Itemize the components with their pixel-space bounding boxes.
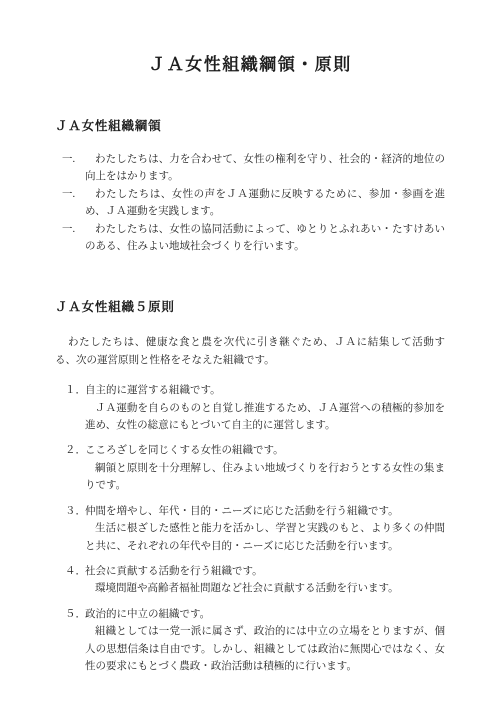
principle-item: ２．こころざしを同じくする女性の組織です。 綱領と原則を十分理解し、住みよい地域… [85, 442, 445, 494]
document-page: ＪＡ女性組織綱領・原則 ＪＡ女性組織綱領 一.わたしたちは、力を合わせて、女性の… [0, 0, 500, 708]
principle-marker: ５． [65, 606, 85, 623]
creed-item: 一.わたしたちは、力を合わせて、女性の権利を守り、社会的・経済的地位の向上をはか… [85, 151, 445, 186]
principle-body: 組織としては一党一派に属さず、政治的には中立の立場をとりますが、個人の思想信条は… [85, 623, 445, 675]
creed-heading: ＪＡ女性組織綱領 [55, 118, 445, 135]
page-title: ＪＡ女性組織綱領・原則 [0, 0, 500, 78]
creed-item-marker: 一. [62, 221, 85, 238]
principle-title: １．自主的に運営する組織です。 [85, 382, 445, 399]
principle-list: １．自主的に運営する組織です。 ＪＡ運動を自らのものと自覚し推進するため、ＪＡ運… [0, 382, 500, 675]
principle-title-text: 政治的に中立の組織です。 [85, 609, 210, 620]
creed-item-marker: 一. [62, 186, 85, 203]
creed-list: 一.わたしたちは、力を合わせて、女性の権利を守り、社会的・経済的地位の向上をはか… [0, 151, 500, 255]
principle-marker: ２． [65, 442, 85, 459]
principle-item: ３．仲間を増やし、年代・目的・ニーズに応じた活動を行う組織です。 生活に根ざした… [85, 503, 445, 555]
creed-item-marker: 一. [62, 151, 85, 168]
principles-section: ＪＡ女性組織５原則 わたしたちは、健康な食と農を次代に引き継ぐため、ＪＡに結集し… [0, 299, 500, 675]
principle-title-text: 社会に貢献する活動を行う組織です。 [85, 566, 263, 577]
creed-item-text: わたしたちは、女性の声をＪＡ運動に反映するために、参加・参画を進め、ＪＡ運動を実… [85, 189, 445, 217]
principle-item: ５．政治的に中立の組織です。 組織としては一党一派に属さず、政治的には中立の立場… [85, 606, 445, 676]
principle-body: ＪＡ運動を自らのものと自覚し推進するため、ＪＡ運営への積極的参加を進め、女性の総… [85, 400, 445, 435]
principle-body: 環境問題や高齢者福祉問題など社会に貢献する活動を行います。 [85, 580, 445, 597]
principle-marker: ４． [65, 563, 85, 580]
principle-title: ５．政治的に中立の組織です。 [85, 606, 445, 623]
principle-body: 生活に根ざした感性と能力を活かし、学習と実践のもと、より多くの仲間と共に、それぞ… [85, 520, 445, 555]
principle-marker: １． [65, 382, 85, 399]
principles-intro: わたしたちは、健康な食と農を次代に引き継ぐため、ＪＡに結集して活動する、次の運営… [55, 334, 445, 369]
creed-item: 一.わたしたちは、女性の協同活動によって、ゆとりとふれあい・たすけあいのある、住… [85, 221, 445, 256]
principle-title-text: こころざしを同じくする女性の組織です。 [85, 445, 284, 456]
principle-title-text: 仲間を増やし、年代・目的・ニーズに応じた活動を行う組織です。 [85, 506, 399, 517]
principle-title: ４．社会に貢献する活動を行う組織です。 [85, 563, 445, 580]
creed-item: 一.わたしたちは、女性の声をＪＡ運動に反映するために、参加・参画を進め、ＪＡ運動… [85, 186, 445, 221]
principle-title-text: 自主的に運営する組織です。 [85, 385, 221, 396]
creed-section: ＪＡ女性組織綱領 一.わたしたちは、力を合わせて、女性の権利を守り、社会的・経済… [0, 118, 500, 255]
creed-item-text: わたしたちは、力を合わせて、女性の権利を守り、社会的・経済的地位の向上をはかりま… [85, 154, 445, 182]
creed-item-text: わたしたちは、女性の協同活動によって、ゆとりとふれあい・たすけあいのある、住みよ… [85, 224, 445, 252]
principle-marker: ３． [65, 503, 85, 520]
principle-body: 綱領と原則を十分理解し、住みよい地域づくりを行おうとする女性の集まりです。 [85, 460, 445, 495]
principle-title: ３．仲間を増やし、年代・目的・ニーズに応じた活動を行う組織です。 [85, 503, 445, 520]
principle-title: ２．こころざしを同じくする女性の組織です。 [85, 442, 445, 459]
principle-item: ４．社会に貢献する活動を行う組織です。 環境問題や高齢者福祉問題など社会に貢献す… [85, 563, 445, 598]
principles-heading: ＪＡ女性組織５原則 [55, 299, 445, 316]
principle-item: １．自主的に運営する組織です。 ＪＡ運動を自らのものと自覚し推進するため、ＪＡ運… [85, 382, 445, 434]
